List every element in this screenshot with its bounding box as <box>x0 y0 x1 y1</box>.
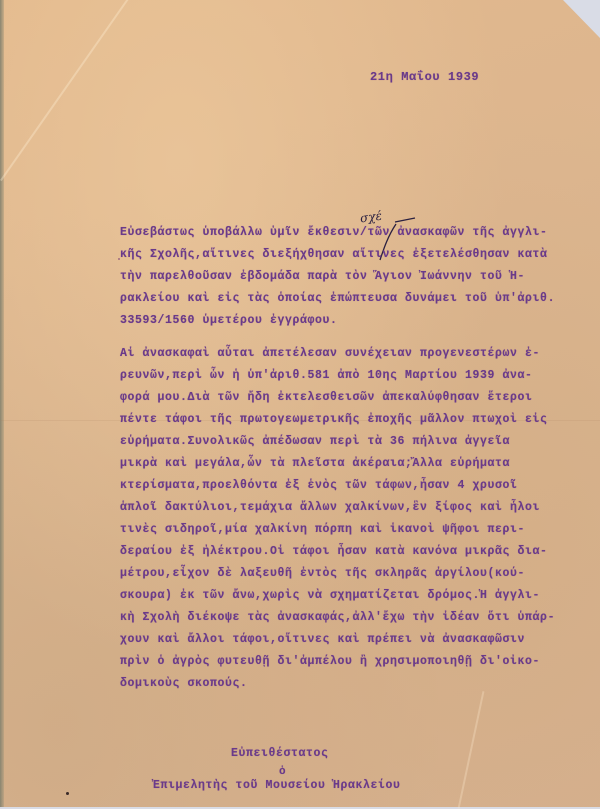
body-line: σκουρα) ἐκ τῶν ἄνω,χωρὶς νὰ σχηματίζεται… <box>120 589 540 602</box>
handwritten-insertion: σχέ <box>359 209 383 226</box>
body-line: κῆς Σχολῆς,αἵτινες διεξήχθησαν αἵτινες ἐ… <box>120 248 548 261</box>
body-line: πρὶν ὁ ἀγρὸς φυτευθῇ δι'ἀμπέλου ἢ χρησιμ… <box>120 655 540 668</box>
body-line: μέτρου,εἶχον δὲ λαξευθῆ ἐντὸς τῆς σκληρᾶ… <box>120 567 525 580</box>
body-line: τινὲς σιδηροῖ,μία χαλκίνη πόρπη καὶ ἱκαν… <box>120 523 525 536</box>
signature-title: Ἐπιμελητὴς τοῦ Μουσείου Ἡρακλείου <box>153 779 401 792</box>
body-line: χουν καὶ ἄλλοι τάφοι,οἵτινες καὶ πρέπει … <box>120 633 525 646</box>
body-line: δεραίου ἐξ ἠλέκτρου.Οἱ τάφοι ἦσαν κατὰ κ… <box>120 545 548 558</box>
signature-article: ὁ <box>279 766 286 778</box>
ink-spot <box>118 258 120 260</box>
body-line: Εὐσεβάστως ὑποβάλλω ὑμῖν ἔκθεσιν/τῶν ἀνα… <box>120 226 548 239</box>
body-line: 33593/1560 ὑμετέρου ἐγγράφου. <box>120 314 338 327</box>
letter-date: 21η Μαΐου 1939 <box>370 70 479 84</box>
body-line: φορά μου.Διὰ τῶν ἤδη ἐκτελεσθεισῶν ἀπεκα… <box>120 391 533 404</box>
body-line: κὴ Σχολὴ διέκοψε τὰς ἀνασκαφάς,ἀλλ'ἔχω τ… <box>120 611 555 624</box>
body-line: Αἱ ἀνασκαφαὶ αὗται ἀπετέλεσαν συνέχειαν … <box>120 347 540 360</box>
letter-closing: Εὐπειθέστατος <box>231 747 329 760</box>
body-line: ἁπλοῖ δακτύλιοι,τεμάχια ἄλλων χαλκίνων,ἓ… <box>120 501 540 514</box>
body-line: κτερίσματα,προελθόντα ἐξ ἑνὸς τῶν τάφων,… <box>120 479 518 492</box>
body-line: δομικοὺς σκοπούς. <box>120 677 248 690</box>
paper-left-edge-shadow <box>0 0 4 807</box>
body-line: ρευνῶν,περὶ ὧν ἡ ὑπ'ἀριθ.581 ἀπὸ 10ης Μα… <box>120 369 533 382</box>
body-line: μικρὰ καὶ μεγάλα,ὧν τὰ πλεῖστα ἀκέραια;Ἄ… <box>120 457 510 470</box>
body-line: πέντε τάφοι τῆς πρωτογεωμετρικῆς ἐποχῆς … <box>120 413 548 426</box>
body-line: εὑρήματα.Συνολικῶς ἀπέδωσαν περὶ τὰ 36 π… <box>120 435 510 448</box>
body-line: τὴν παρελθοῦσαν ἑβδομάδα παρὰ τὸν Ἅγιον … <box>120 270 525 283</box>
ink-spot <box>66 792 69 795</box>
body-line: ρακλείου καὶ εἰς τὰς ὁποίας ἐπώπτευσα δυ… <box>120 292 555 305</box>
